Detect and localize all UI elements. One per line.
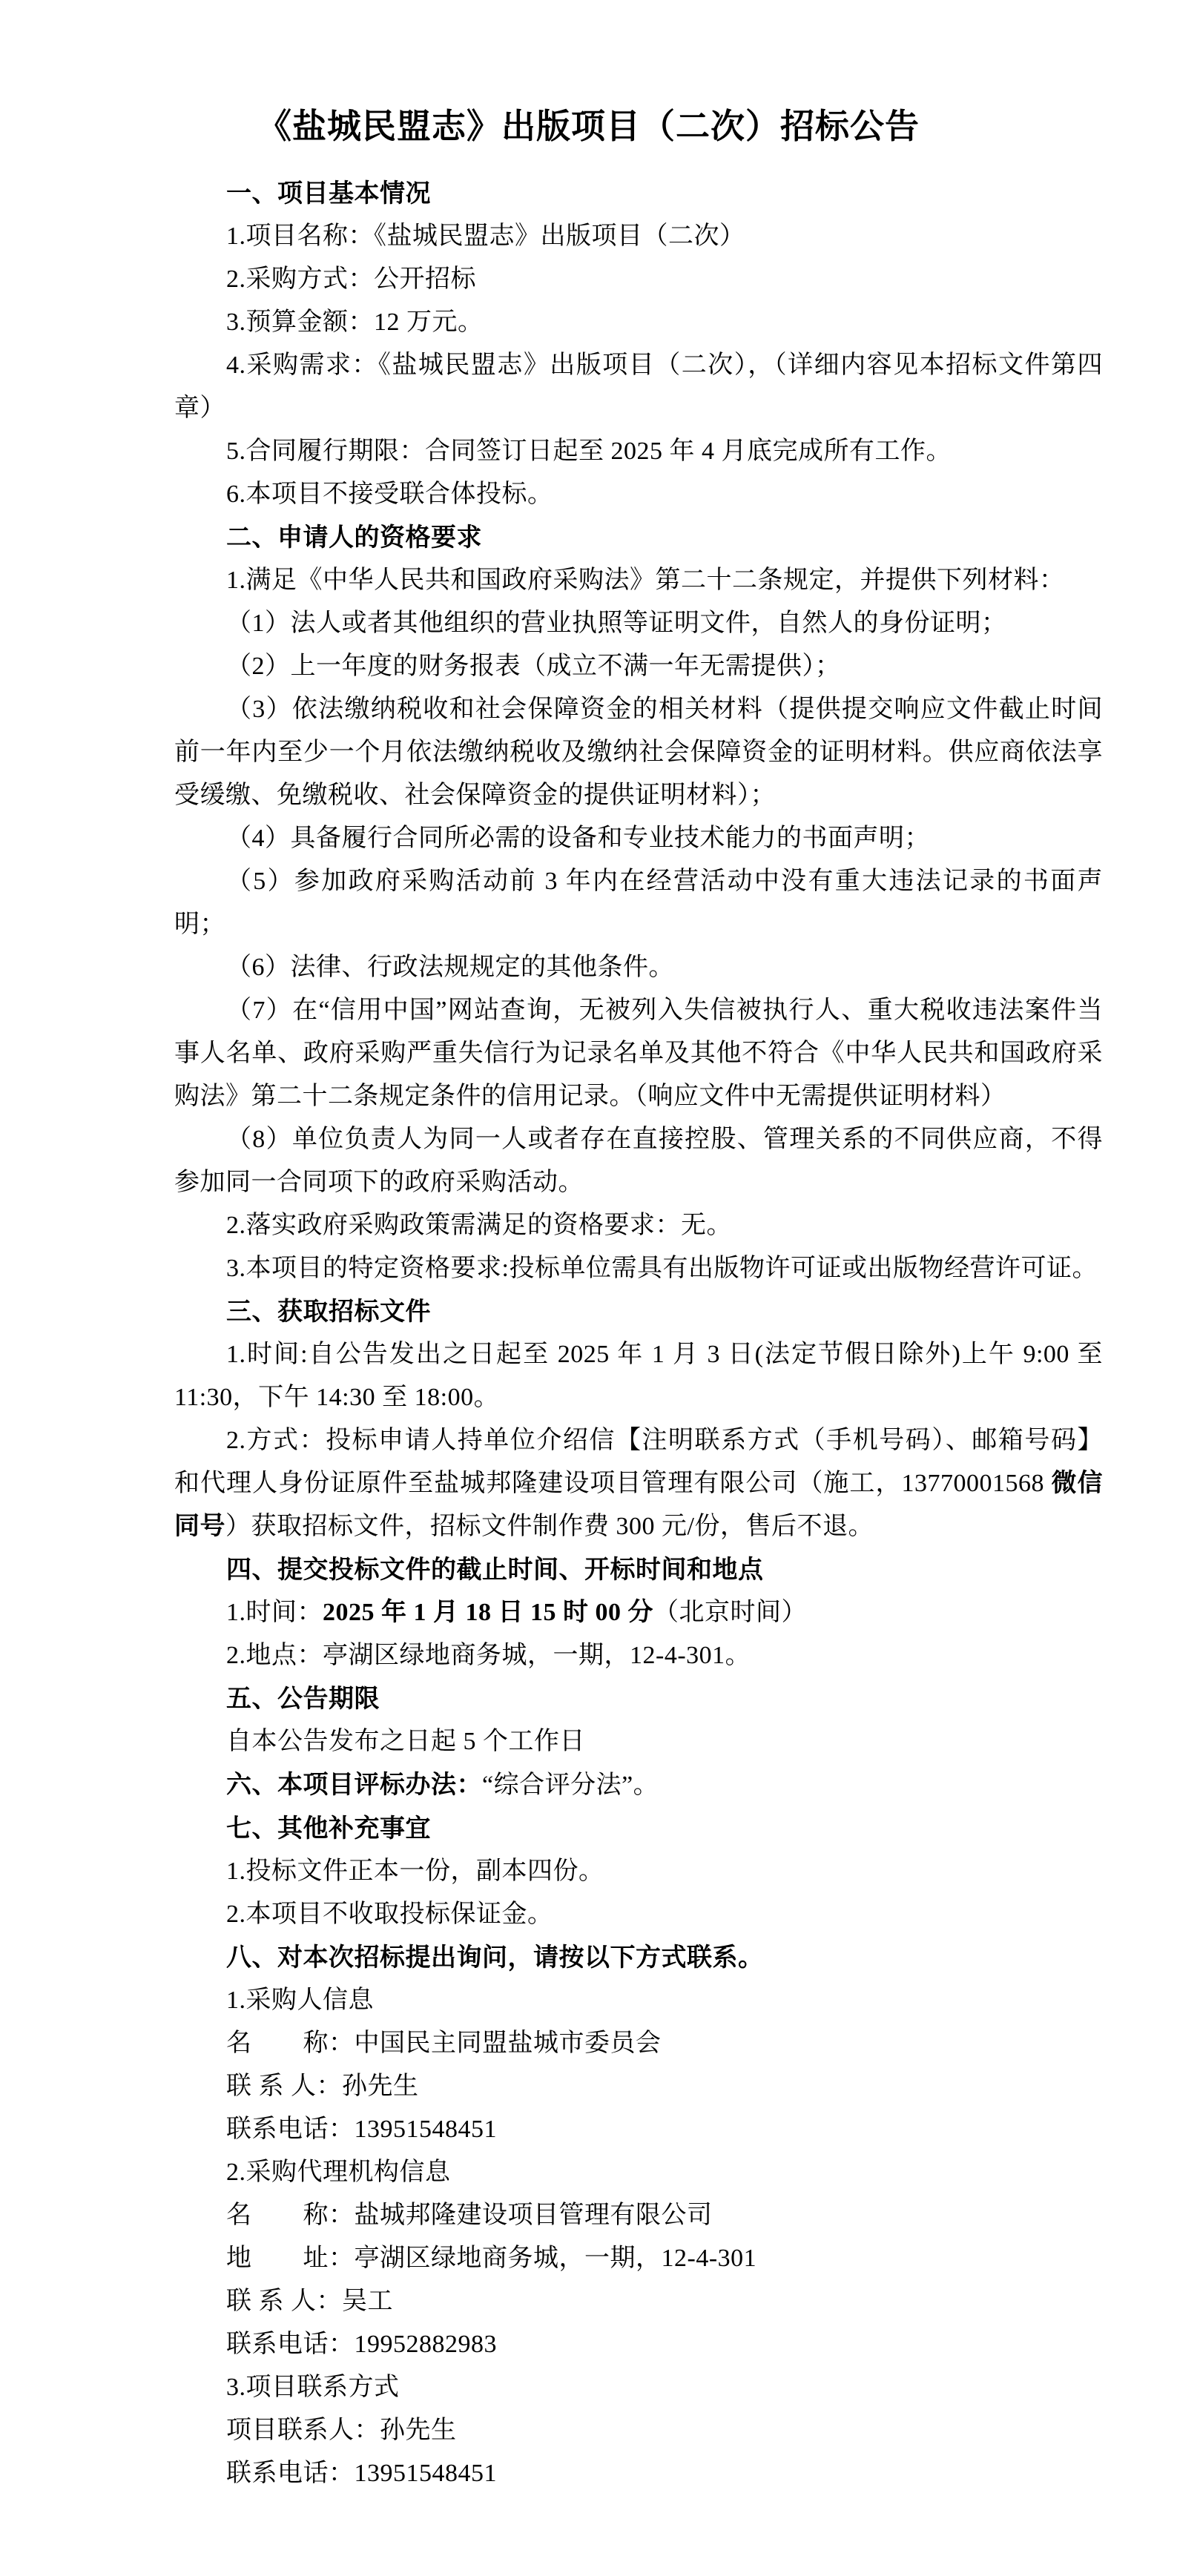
document-page: { "colors": { "background": "#ffffff", "… <box>0 0 1177 2576</box>
text-segment: ）获取招标文件，招标文件制作费 300 元/份，售后不退。 <box>225 1513 874 1540</box>
paragraph: 1.投标文件正本一份，副本四份。 <box>174 1850 1103 1893</box>
paragraph: 2.采购代理机构信息 <box>174 2151 1103 2194</box>
text-segment: 项目联系人：孙先生 <box>226 2417 457 2444</box>
text-segment: 2.采购方式：公开招标 <box>226 265 476 293</box>
paragraph: 2.本项目不收取投标保证金。 <box>174 1893 1103 1936</box>
paragraph: 2.地点：亭湖区绿地商务城，一期，12-4-301。 <box>174 1634 1103 1677</box>
bold-text-segment: 六、本项目评标办法： <box>226 1771 482 1799</box>
text-segment: （7）在“信用中国”网站查询，无被列入失信被执行人、重大税收违法案件当事人名单、… <box>174 997 1103 1110</box>
text-segment: 1.满足《中华人民共和国政府采购法》第二十二条规定，并提供下列材料： <box>226 567 1065 594</box>
text-segment: 联系电话：13951548451 <box>226 2116 497 2143</box>
paragraph: （5）参加政府采购活动前 3 年内在经营活动中没有重大违法记录的书面声明； <box>174 860 1103 946</box>
text-segment: 3.预算金额：12 万元。 <box>226 308 484 336</box>
section-heading: 三、获取招标文件 <box>174 1290 1103 1333</box>
paragraph: 1.满足《中华人民共和国政府采购法》第二十二条规定，并提供下列材料： <box>174 559 1103 602</box>
paragraph: 联 系 人：孙先生 <box>174 2065 1103 2108</box>
paragraph: 3.项目联系方式 <box>174 2366 1103 2409</box>
text-segment: 联系电话：19952882983 <box>226 2331 497 2358</box>
text-segment: 联 系 人：孙先生 <box>226 2073 419 2100</box>
paragraph: 联系电话：13951548451 <box>174 2108 1103 2151</box>
text-segment: （3）依法缴纳税收和社会保障资金的相关材料（提供提交响应文件截止时间前一年内至少… <box>174 696 1103 809</box>
section-heading: 七、其他补充事宜 <box>174 1807 1103 1850</box>
text-segment: 3.本项目的特定资格要求:投标单位需具有出版物许可证或出版物经营许可证。 <box>226 1255 1098 1282</box>
paragraph: 6.本项目不接受联合体投标。 <box>174 473 1103 516</box>
text-segment: 1.采购人信息 <box>226 1987 374 2014</box>
bold-text-segment: 四、提交投标文件的截止时间、开标时间和地点 <box>226 1556 764 1584</box>
text-segment: 2.采购代理机构信息 <box>226 2159 451 2186</box>
text-segment: 5.合同履行期限：合同签订日起至 2025 年 4 月底完成所有工作。 <box>226 437 952 465</box>
paragraph: （6）法律、行政法规规定的其他条件。 <box>174 946 1103 989</box>
paragraph: （2）上一年度的财务报表（成立不满一年无需提供）； <box>174 645 1103 688</box>
paragraph: 项目联系人：孙先生 <box>174 2409 1103 2452</box>
text-segment: 2.落实政府采购政策需满足的资格要求：无。 <box>226 1212 732 1239</box>
text-segment: 2.方式：投标申请人持单位介绍信【注明联系方式（手机号码）、邮箱号码】和代理人身… <box>174 1427 1103 1497</box>
section-heading: 一、项目基本情况 <box>174 172 1103 215</box>
text-segment: （8）单位负责人为同一人或者存在直接控股、管理关系的不同供应商，不得参加同一合同… <box>174 1126 1103 1196</box>
text-segment: 4.采购需求：《盐城民盟志》出版项目（二次），（详细内容见本招标文件第四章） <box>174 351 1103 422</box>
text-segment: 名 称：中国民主同盟盐城市委员会 <box>226 2030 662 2057</box>
document-title: 《盐城民盟志》出版项目（二次）招标公告 <box>0 102 1177 150</box>
paragraph: 5.合同履行期限：合同签订日起至 2025 年 4 月底完成所有工作。 <box>174 430 1103 473</box>
paragraph: 1.采购人信息 <box>174 1979 1103 2022</box>
paragraph: 1.时间：2025 年 1 月 18 日 15 时 00 分（北京时间） <box>174 1591 1103 1634</box>
paragraph: 2.方式：投标申请人持单位介绍信【注明联系方式（手机号码）、邮箱号码】和代理人身… <box>174 1419 1103 1548</box>
paragraph: 名 称：盐城邦隆建设项目管理有限公司 <box>174 2194 1103 2237</box>
text-segment: （5）参加政府采购活动前 3 年内在经营活动中没有重大违法记录的书面声明； <box>174 868 1103 938</box>
section-heading: 六、本项目评标办法：“综合评分法”。 <box>174 1763 1103 1807</box>
text-segment: 1.项目名称：《盐城民盟志》出版项目（二次） <box>226 222 745 250</box>
paragraph: 联 系 人：吴工 <box>174 2280 1103 2323</box>
paragraph: 自本公告发布之日起 5 个工作日 <box>174 1720 1103 1763</box>
paragraph: 地 址：亭湖区绿地商务城，一期，12-4-301 <box>174 2237 1103 2280</box>
text-segment: （北京时间） <box>653 1599 807 1626</box>
text-segment: 联系电话：13951548451 <box>226 2460 497 2487</box>
paragraph: （4）具备履行合同所必需的设备和专业技术能力的书面声明； <box>174 817 1103 860</box>
paragraph: 3.预算金额：12 万元。 <box>174 301 1103 344</box>
bold-text-segment: 八、对本次招标提出询问，请按以下方式联系。 <box>226 1943 764 1972</box>
text-segment: 1.时间： <box>226 1599 323 1626</box>
paragraph: 名 称：中国民主同盟盐城市委员会 <box>174 2022 1103 2065</box>
section-heading: 五、公告期限 <box>174 1677 1103 1720</box>
text-segment: 自本公告发布之日起 5 个工作日 <box>226 1728 585 1755</box>
text-segment: 2.本项目不收取投标保证金。 <box>226 1900 553 1928</box>
bold-text-segment: 二、申请人的资格要求 <box>226 524 482 552</box>
announcement-document: 《盐城民盟志》出版项目（二次）招标公告 一、项目基本情况1.项目名称：《盐城民盟… <box>0 0 1177 2554</box>
paragraph: 2.采购方式：公开招标 <box>174 258 1103 301</box>
paragraph: （7）在“信用中国”网站查询，无被列入失信被执行人、重大税收违法案件当事人名单、… <box>174 989 1103 1118</box>
document-body: 一、项目基本情况1.项目名称：《盐城民盟志》出版项目（二次）2.采购方式：公开招… <box>174 172 1103 2495</box>
text-segment: 1.时间:自公告发出之日起至 2025 年 1 月 3 日(法定节假日除外)上午… <box>174 1341 1103 1411</box>
text-segment: 6.本项目不接受联合体投标。 <box>226 480 553 508</box>
paragraph: 联系电话：19952882983 <box>174 2323 1103 2366</box>
text-segment: 2.地点：亭湖区绿地商务城，一期，12-4-301。 <box>226 1642 751 1669</box>
section-heading: 八、对本次招标提出询问，请按以下方式联系。 <box>174 1936 1103 1979</box>
text-segment: （4）具备履行合同所必需的设备和专业技术能力的书面声明； <box>226 825 930 852</box>
text-segment: 名 称：盐城邦隆建设项目管理有限公司 <box>226 2202 713 2229</box>
text-segment: 3.项目联系方式 <box>226 2374 400 2401</box>
bold-text-segment: 一、项目基本情况 <box>226 179 431 208</box>
paragraph: 3.本项目的特定资格要求:投标单位需具有出版物许可证或出版物经营许可证。 <box>174 1247 1103 1290</box>
paragraph: 4.采购需求：《盐城民盟志》出版项目（二次），（详细内容见本招标文件第四章） <box>174 344 1103 430</box>
bold-text-segment: 五、公告期限 <box>226 1685 380 1713</box>
paragraph: （3）依法缴纳税收和社会保障资金的相关材料（提供提交响应文件截止时间前一年内至少… <box>174 688 1103 817</box>
text-segment: （2）上一年度的财务报表（成立不满一年无需提供）； <box>226 653 841 680</box>
text-segment: 联 系 人：吴工 <box>226 2288 393 2315</box>
paragraph: 1.时间:自公告发出之日起至 2025 年 1 月 3 日(法定节假日除外)上午… <box>174 1333 1103 1419</box>
bold-text-segment: 七、其他补充事宜 <box>226 1814 431 1843</box>
paragraph: 联系电话：13951548451 <box>174 2452 1103 2495</box>
text-segment: “综合评分法”。 <box>482 1771 659 1799</box>
section-heading: 四、提交投标文件的截止时间、开标时间和地点 <box>174 1548 1103 1591</box>
paragraph: （1）法人或者其他组织的营业执照等证明文件，自然人的身份证明； <box>174 602 1103 645</box>
bold-text-segment: 2025 年 1 月 18 日 15 时 00 分 <box>323 1599 653 1626</box>
section-heading: 二、申请人的资格要求 <box>174 516 1103 559</box>
paragraph: 1.项目名称：《盐城民盟志》出版项目（二次） <box>174 215 1103 258</box>
paragraph: （8）单位负责人为同一人或者存在直接控股、管理关系的不同供应商，不得参加同一合同… <box>174 1118 1103 1204</box>
text-segment: 地 址：亭湖区绿地商务城，一期，12-4-301 <box>226 2245 756 2272</box>
paragraph: 2.落实政府采购政策需满足的资格要求：无。 <box>174 1204 1103 1247</box>
text-segment: （6）法律、行政法规规定的其他条件。 <box>226 954 674 981</box>
bold-text-segment: 三、获取招标文件 <box>226 1298 431 1326</box>
text-segment: 1.投标文件正本一份，副本四份。 <box>226 1857 604 1885</box>
text-segment: （1）法人或者其他组织的营业执照等证明文件，自然人的身份证明； <box>226 610 1007 637</box>
